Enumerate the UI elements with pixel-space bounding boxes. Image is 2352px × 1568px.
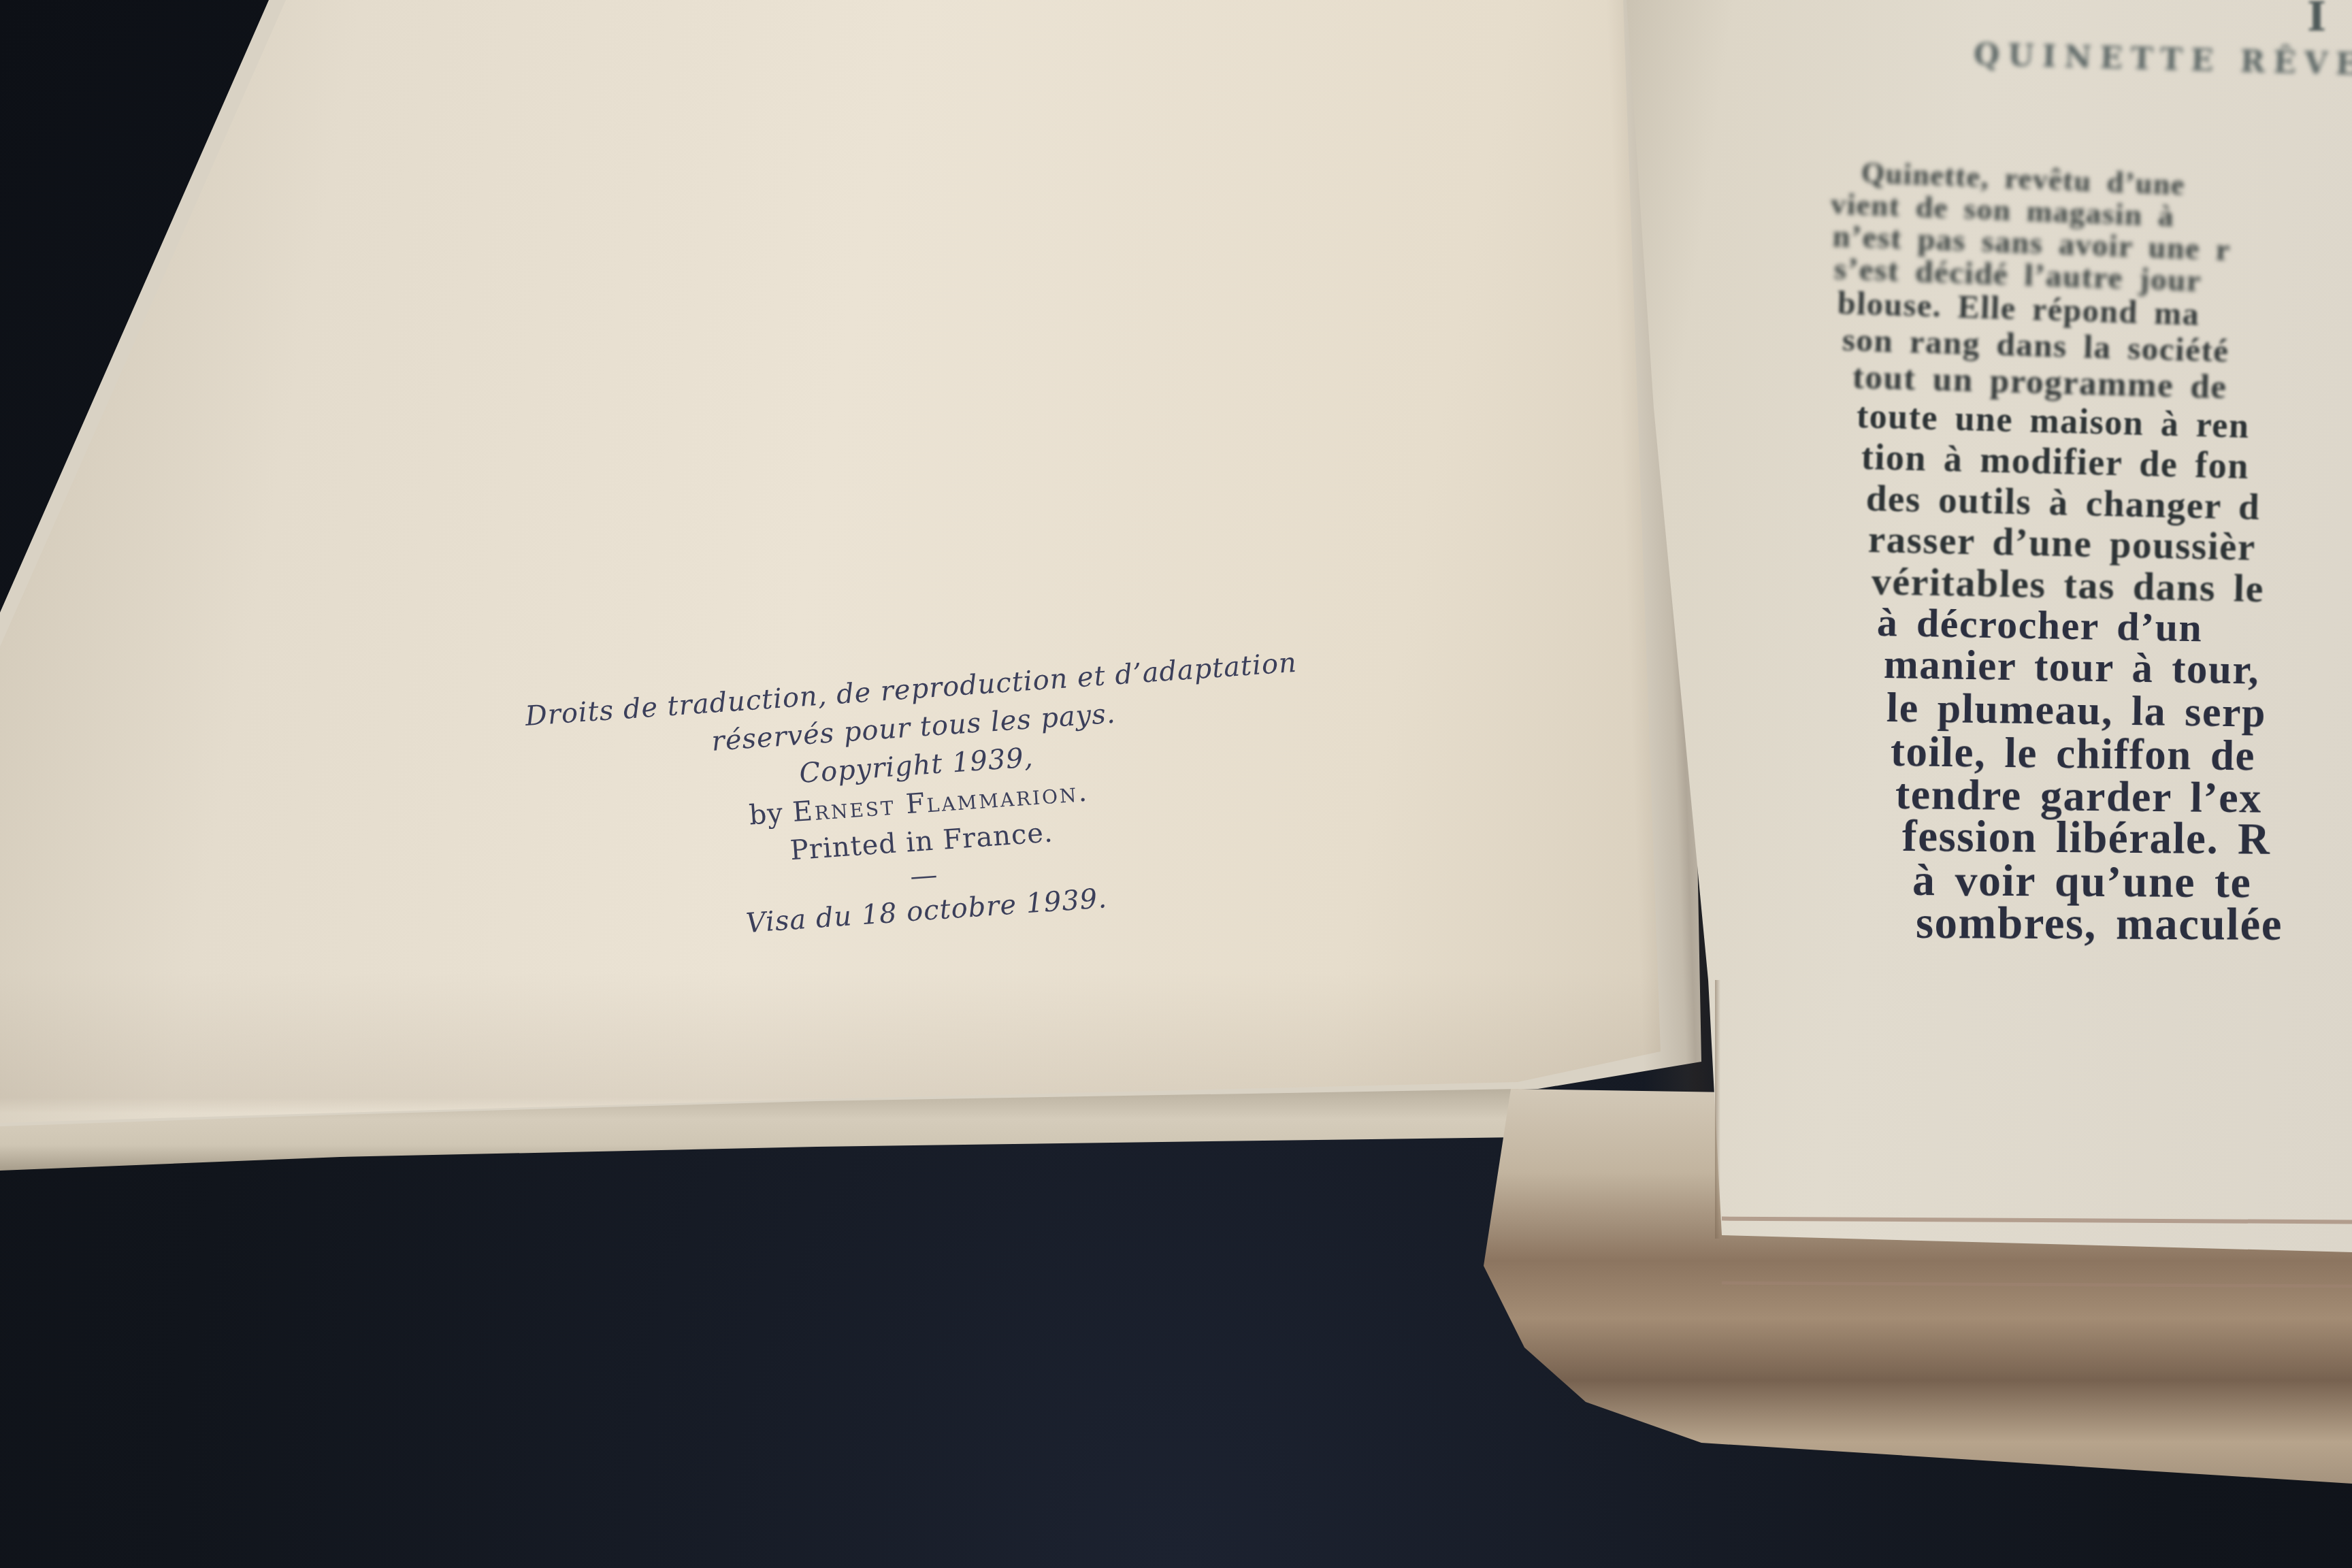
book-photo-scene: Droits de traduction, de reproduction et… <box>0 0 2352 1568</box>
right-page <box>1627 0 2352 1252</box>
right-page-fold-edge <box>1715 980 1720 1239</box>
publisher-prefix: by <box>748 797 794 831</box>
chapter-number: I <box>2307 0 2326 41</box>
